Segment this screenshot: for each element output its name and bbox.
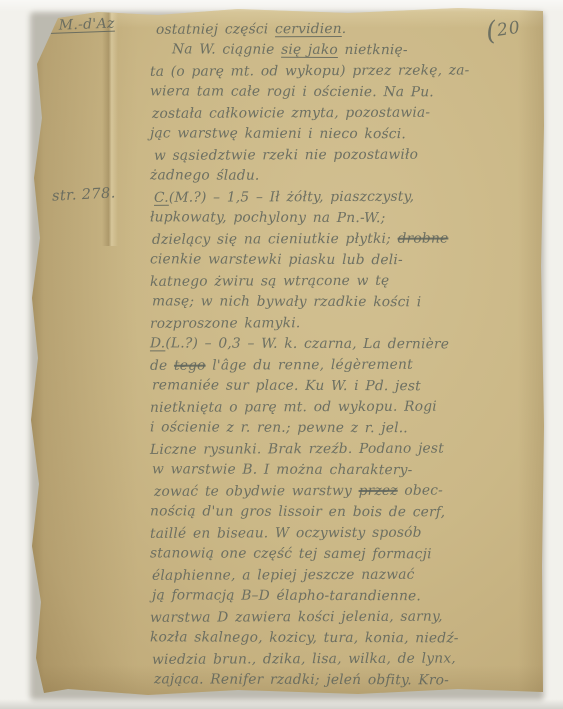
manuscript-line: taillé en biseau. W oczywisty sposób [150,522,542,545]
manuscript-text-segment: wiera tam całe rogi i ościenie. Na Pu. [150,83,434,100]
margin-note-page-ref: str. 278. [52,185,116,204]
manuscript-text-segment: ta (o parę mt. od wykopu) przez rzekę, z… [150,62,470,79]
manuscript-line: kozła skalnego, kozicy, tura, konia, nie… [150,627,542,649]
manuscript-line: Liczne rysunki. Brak rzeźb. Podano jest [150,438,542,461]
manuscript-line: de tego l'âge du renne, légèrement [150,354,542,377]
manuscript-text-segment: żadnego śladu. [150,167,260,183]
manuscript-text-segment: élaphienne, a lepiej jeszcze nazwać [152,567,415,584]
manuscript-text-segment: Na W. ciągnie [172,41,281,57]
manuscript-text-segment: kozła skalnego, kozicy, tura, konia, nie… [150,629,459,646]
manuscript-line: C.(M.?) – 1,5 – Ił żółty, piaszczysty, [150,186,542,209]
manuscript-text-segment: tego [174,358,206,374]
paper-crease [102,6,118,246]
manuscript-line: katnego żwiru są wtrącone w tę [150,270,542,293]
manuscript-text-segment: nością d'un gros lissoir en bois de cerf… [150,503,445,520]
manuscript-lines: ostatniej części cervidien.Na W. ciągnie… [150,19,542,691]
manuscript-text-segment: D. [150,335,165,351]
manuscript-text-segment: jąc warstwę kamieni i nieco kości. [150,125,406,142]
manuscript-text-segment: w warstwie B. I można charaktery- [152,461,413,478]
scanned-document: do M.-d'Az str. 278. (20 ostatniej częśc… [0,0,563,709]
manuscript-line: wiera tam całe rogi i ościenie. Na Pu. [150,81,542,103]
manuscript-text-segment: stanowią one część tej samej formacji [150,545,432,562]
manuscript-text-segment: l'âge du renne, légèrement [206,357,413,374]
manuscript-text-segment: ją formacją B–D élapho-tarandienne. [152,587,421,604]
manuscript-line: łupkowaty, pochylony na Pn.-W.; [150,207,542,229]
manuscript-text-segment: nietknięta o parę mt. od wykopu. Rogi [150,399,437,416]
manuscript-line: jąc warstwę kamieni i nieco kości. [150,123,542,145]
manuscript-text-segment: remaniée sur place. Ku W. i Pd. jest [152,377,421,394]
manuscript-text-segment: . [342,21,347,37]
manuscript-line: w sąsiedztwie rzeki nie pozostawiło [150,144,542,167]
manuscript-text-segment: drobne [398,231,449,247]
manuscript-line: w warstwie B. I można charaktery- [150,459,542,481]
manuscript-line: wiedzia brun., dzika, lisa, wilka, de ly… [150,648,542,671]
manuscript-line: została całkowicie zmyta, pozostawia- [150,102,542,125]
manuscript-text-segment: i ościenie z r. ren.; pewne z r. jel.. [150,419,408,436]
manuscript-text-segment: rozproszone kamyki. [150,315,300,332]
manuscript-text-segment: zować te obydwie warstwy [154,483,359,500]
manuscript-text-segment: katnego żwiru są wtrącone w tę [150,273,389,290]
manuscript-text-segment: cervidien [275,21,342,37]
manuscript-text-segment: nietknię- [338,42,408,58]
manuscript-text-segment: dzielący się na cieniutkie płytki; [152,231,398,248]
manuscript-line: Na W. ciągnie się jako nietknię- [150,39,542,61]
manuscript-text-segment: warstwa D zawiera kości jelenia, sarny, [150,609,443,626]
manuscript-line: i ościenie z r. ren.; pewne z r. jel.. [150,417,542,439]
manuscript-text-segment: de [150,358,174,374]
manuscript-line: remaniée sur place. Ku W. i Pd. jest [150,375,542,397]
manuscript-line: masę; w nich bywały rzadkie kości i [150,291,542,313]
manuscript-page: do M.-d'Az str. 278. (20 ostatniej częśc… [28,6,544,695]
manuscript-text-segment: się jako [281,42,338,58]
manuscript-text-segment: (L.?) – 0,3 – W. k. czarna, La dernière [165,335,449,352]
manuscript-line: stanowią one część tej samej formacji [150,543,542,565]
manuscript-line: ją formacją B–D élapho-tarandienne. [150,585,542,607]
manuscript-line: nością d'un gros lissoir en bois de cerf… [150,501,542,523]
manuscript-text-segment: łupkowaty, pochylony na Pn.-W.; [150,209,386,226]
manuscript-line: warstwa D zawiera kości jelenia, sarny, [150,606,542,629]
manuscript-text-segment: zająca. Renifer rzadki; jeleń obfity. Kr… [154,671,449,688]
manuscript-text-segment: obec- [398,483,443,499]
manuscript-line: ta (o parę mt. od wykopu) przez rzekę, z… [150,60,542,83]
manuscript-text-segment: wiedzia brun., dzika, lisa, wilka, de ly… [152,651,456,668]
manuscript-text-segment: (M.?) – 1,5 – Ił żółty, piaszczysty, [169,189,414,206]
manuscript-line: rozproszone kamyki. [150,312,542,335]
manuscript-line: żadnego śladu. [150,165,542,187]
manuscript-line: zająca. Renifer rzadki; jeleń obfity. Kr… [150,669,542,691]
manuscript-line: dzielący się na cieniutkie płytki; drobn… [150,228,542,251]
manuscript-line: cienkie warstewki piasku lub deli- [150,249,542,271]
manuscript-line: ostatniej części cervidien. [150,18,542,41]
manuscript-line: élaphienne, a lepiej jeszcze nazwać [150,564,542,587]
manuscript-text-segment: przez [359,483,398,499]
manuscript-text-segment: C. [154,190,169,206]
manuscript-text-segment: Liczne rysunki. Brak rzeźb. Podano jest [150,441,444,458]
manuscript-line: zować te obydwie warstwy przez obec- [150,480,542,503]
manuscript-line: nietknięta o parę mt. od wykopu. Rogi [150,396,542,419]
manuscript-text-segment: cienkie warstewki piasku lub deli- [150,251,403,268]
manuscript-text-segment: ostatniej części [156,21,275,38]
manuscript-line: D.(L.?) – 0,3 – W. k. czarna, La dernièr… [150,333,542,355]
manuscript-text-segment: została całkowicie zmyta, pozostawia- [152,105,430,122]
manuscript-text-segment: masę; w nich bywały rzadkie kości i [152,293,421,310]
manuscript-text-segment: w sąsiedztwie rzeki nie pozostawiło [154,147,418,164]
manuscript-text-segment: taillé en biseau. W oczywisty sposób [150,525,422,542]
